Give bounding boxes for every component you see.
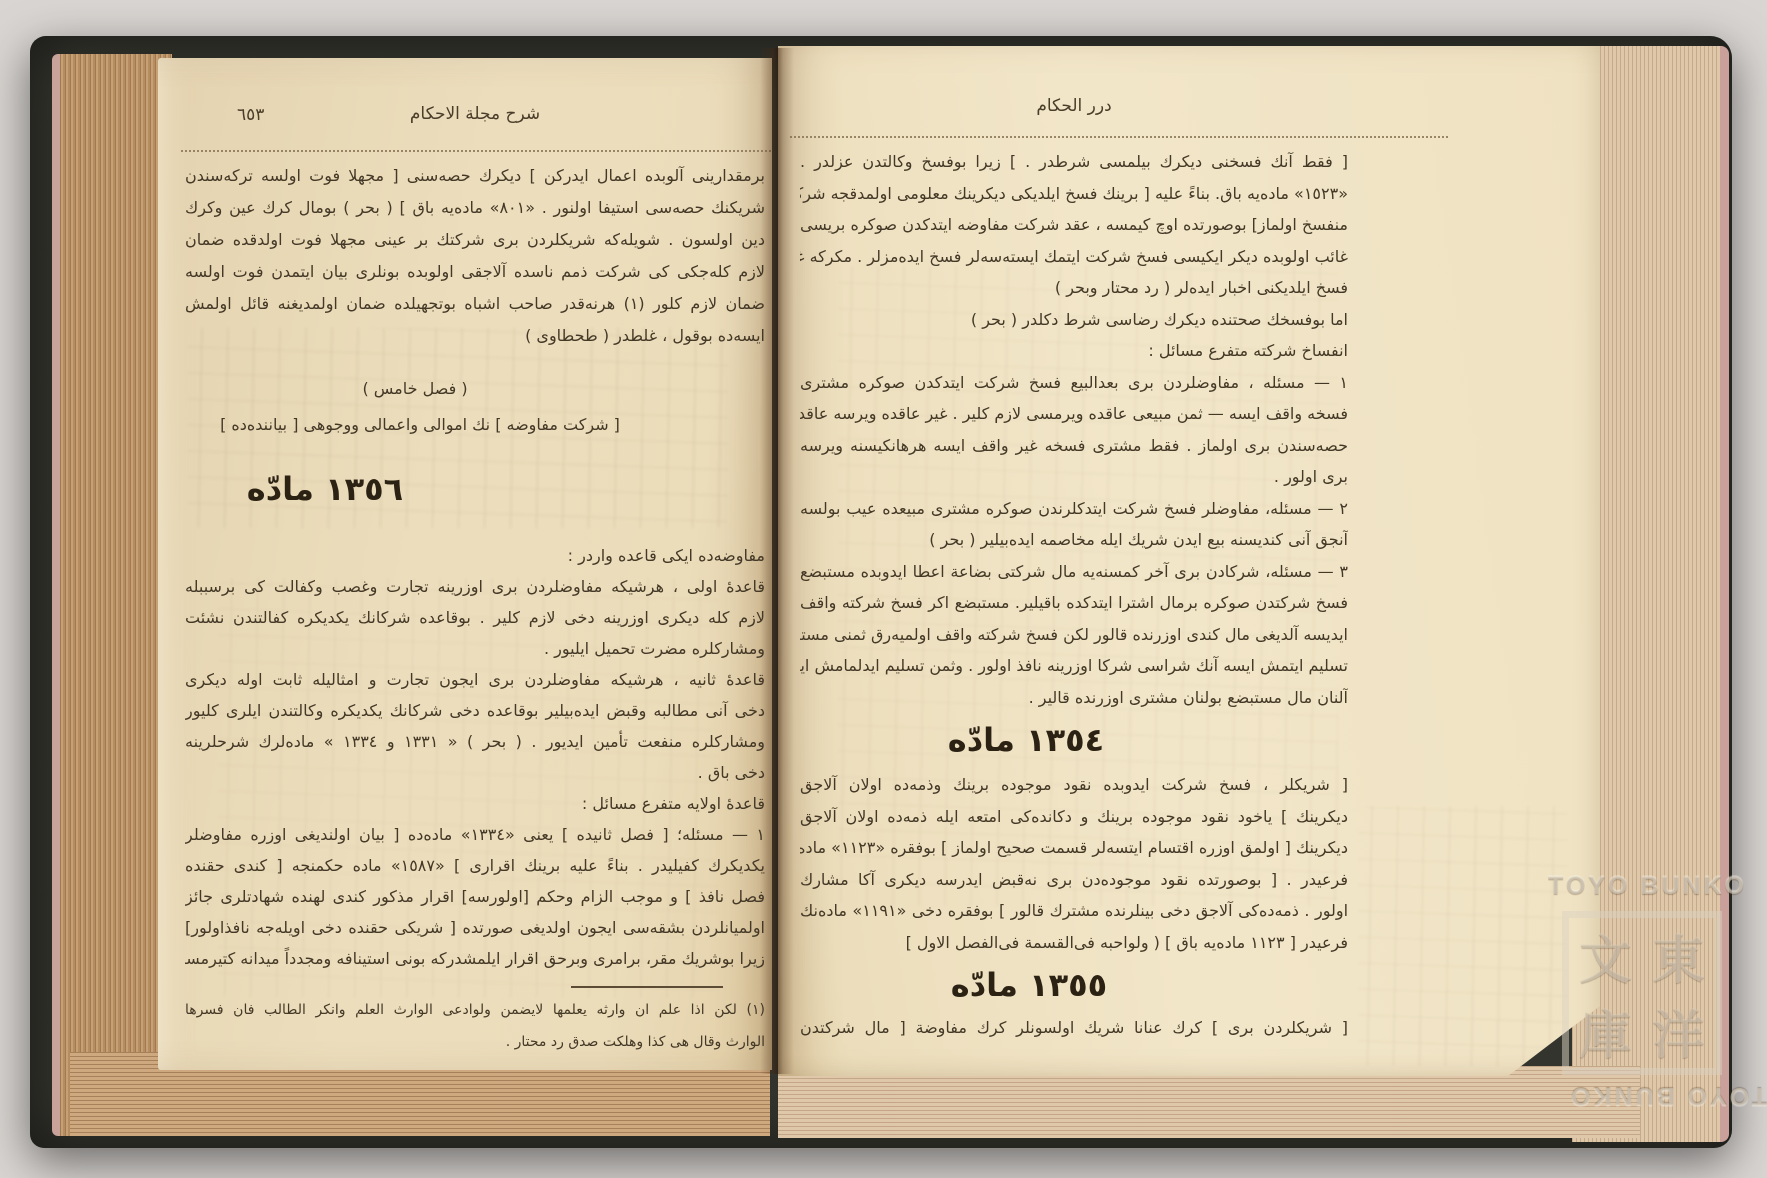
text-line: [ فقط آنك فسخنی دیکرك بیلمسی شرطدر . ] ز… (800, 146, 1348, 178)
text-line: دخی آنی مطالبه وقبض ایده‌بیلیر بوقاعده د… (185, 695, 765, 726)
page-edges-bottom-right (778, 1066, 1640, 1138)
text-line: ٢ — مسئله، مفاوضلر فسخ شرکت ایتدکلرندن ص… (800, 493, 1348, 525)
text-line: ضمان لازم کلور (١) هرنه‌قدر صاحب اشباه ب… (185, 288, 765, 320)
text-line: بری اولور . (800, 461, 1348, 493)
article-body: مفاوضه‌ده ایکی قاعده واردر : قاعدهٔ اولی… (185, 540, 765, 974)
article-heading-1354: ١٣٥٤ مادّه (752, 713, 1300, 767)
text-line: آلنان مال مستبضع بولنان مشتری اوزرنده قا… (800, 682, 1348, 714)
text-line: انفساخ شرکته متفرع مسائل : (800, 335, 1348, 367)
text-line: برمقدارینی آلوبده اعمال ایدرکن ] دیکرك ح… (185, 160, 765, 192)
text-line: مفاوضه‌ده ایکی قاعده واردر : (185, 540, 765, 571)
text-line: ومشارکلره مضرت تحمیل ایلیور . (185, 633, 765, 664)
book-gutter (760, 48, 794, 1074)
text-line: زیرا بوشریك مقر، برامری وبرحق اقرار ایلم… (185, 943, 765, 974)
text-line: اولمیانلردن بشقه‌سی ایجون اولدیغی صورتده… (185, 912, 765, 943)
footnote-line: (١) لکن اذا علم ان وارثه یعلمها لایضمن و… (185, 994, 765, 1026)
right-text-column: ٦٥٢ درر الحکام [ فقط آنك فسخنی دیکرك بیل… (800, 46, 1348, 1044)
text-line: [ شریکلردن بری ] کرك عنانا شریك اولسونلر… (800, 1012, 1348, 1044)
footnote-line: الوارث وقال هی کذا وهلکت صدق رد محتار . (185, 1026, 765, 1058)
text-line: لازم کله‌جکی کی شرکت ذمم ناسده آلاجقی او… (185, 256, 765, 288)
text-line: تسلیم ایتمش ایسه آنك شراسی شرکا اوزرینه … (800, 650, 1348, 682)
header-rule (181, 150, 771, 152)
text-line: دین اولسون . شویله‌که شریکلردن بری شرکتك… (185, 224, 765, 256)
text-line: «١٥٢٣» ماده‌یه باق. بناءً علیه [ برینك ف… (800, 178, 1348, 210)
right-running-title: درر الحکام (800, 96, 1348, 116)
text-line: فرعیدر . [ بوصورتده نقود موجوده‌دن بری ن… (800, 864, 1348, 896)
right-page-header: ٦٥٢ درر الحکام (800, 96, 1348, 122)
text-line: ١ — مسئله؛ [ فصل ثانیده ] یعنی «١٣٣٤» ما… (185, 819, 765, 850)
footnote-rule (571, 986, 723, 988)
left-page-header: ٦٥٣ شرح مجلة الاحكام (185, 104, 765, 130)
left-running-title: شرح مجلة الاحكام (185, 104, 765, 124)
left-page-number: ٦٥٣ (237, 105, 264, 125)
text-line: قاعدهٔ اولایه متفرع مسائل : (185, 788, 765, 819)
article-heading-1355: ١٣٥٥ مادّه (755, 958, 1303, 1012)
text-line: قاعدهٔ ثانیه ، هرشیکه مفاوضلردن بری ایجو… (185, 664, 765, 695)
chapter-heading: ( فصل خامس ) (125, 374, 705, 404)
text-line: فسخ ایلدیکنی اخبار ایده‌لر ( رد محتار وب… (800, 272, 1348, 304)
left-text-column: ٦٥٣ شرح مجلة الاحكام برمقدارینی آلوبده ا… (185, 58, 765, 1058)
text-line: اولور . ذمه‌ده‌کی آلاجق دخی بینلرنده مشت… (800, 895, 1348, 927)
text-line: غائب اولوبده دیکر ایکیسی فسخ شرکت ایتمك … (800, 241, 1348, 273)
text-line: یکدیکرك کفیلیدر . بناءً علیه برینك اقرار… (185, 850, 765, 881)
text-line: آنجق آنی کندیسنه بیع ایدن شریك ایله مخاص… (800, 524, 1348, 556)
text-line: فصل نافذ ] و موجب الزام وحکم [اولورسه] ا… (185, 881, 765, 912)
text-line: قاعدهٔ اولی ، هرشیکه مفاوضلردن بری اوزری… (185, 571, 765, 602)
text-line: ایدیسه آلدیغی مال کندی اوزرنده قالور لکن… (800, 619, 1348, 651)
header-rule (790, 136, 1448, 138)
open-book: ٦٥٣ شرح مجلة الاحكام برمقدارینی آلوبده ا… (0, 0, 1767, 1178)
text-line: دیکرینك [ اولمق اوزره اقتسام ایتسه‌لر قس… (800, 832, 1348, 864)
text-line: ایسه‌ده بوقول ، غلطدر ( طحطاوی ) (185, 320, 765, 352)
text-line: لازم کله دیکری اوزرینه دخی لازم کلیر . ب… (185, 602, 765, 633)
photo-background: ٦٥٣ شرح مجلة الاحكام برمقدارینی آلوبده ا… (0, 0, 1767, 1178)
text-line: دیکرینك ] یاخود نقود موجوده برینك و دکان… (800, 801, 1348, 833)
left-page: ٦٥٣ شرح مجلة الاحكام برمقدارینی آلوبده ا… (158, 58, 772, 1070)
text-line: ١ — مسئله ، مفاوضلردن بری بعدالبیع فسخ ش… (800, 367, 1348, 399)
chapter-subtitle: [ شرکت مفاوضه ] نك اموالی واعمالی ووجوهی… (130, 410, 710, 440)
text-line: فرعیدر [ ١١٢٣ ماده‌یه باق ] ( ولواحبه فی… (800, 927, 1348, 959)
article-heading-1356: ١٣٥٦ مادّه (35, 462, 615, 516)
text-line: فسخ شرکتدن صوکره برمال اشترا ایتدکده باق… (800, 587, 1348, 619)
page-edges-left (52, 54, 172, 1136)
right-page: ٦٥٢ درر الحکام [ فقط آنك فسخنی دیکرك بیل… (778, 46, 1600, 1076)
text-line: شریکنك حصه‌سی استیفا اولنور . «٨٠١» ماده… (185, 192, 765, 224)
text-line: اما بوفسخك صحتنده دیکرك رضاسی شرط دکلدر … (800, 304, 1348, 336)
text-line: ومشارکلره منفعت تأمین ایدیور . ( بحر ) «… (185, 726, 765, 757)
text-line: [ شریکلر ، فسخ شرکت ایدوبده نقود موجوده … (800, 769, 1348, 801)
text-line: منفسخ اولماز] بوصورتده اوچ کیمسه ، عقد ش… (800, 209, 1348, 241)
text-line: دخی باق . (185, 757, 765, 788)
text-line: ٣ — مسئله، شرکادن بری آخر کمسنه‌یه مال ش… (800, 556, 1348, 588)
ink-bleed-through (1358, 806, 1568, 1066)
text-line: حصه‌سندن بری اولماز . فقط مشتری فسخه غیر… (800, 430, 1348, 462)
text-line: فسخه واقف ایسه — ثمن مبیعی عاقده ویرمسی … (800, 398, 1348, 430)
